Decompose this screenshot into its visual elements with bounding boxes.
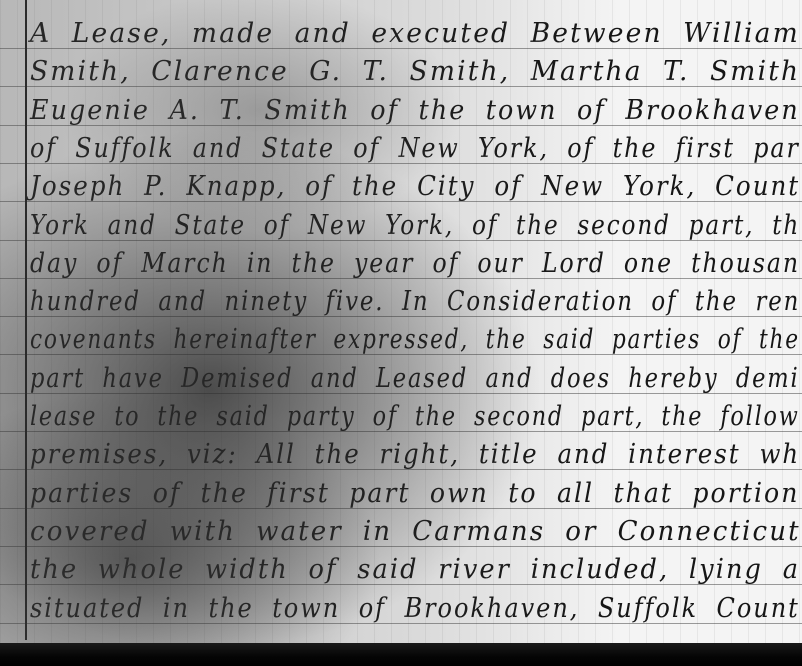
text-line: covenants hereinafter expressed, the sai… xyxy=(30,324,800,355)
text-line: York and State of New York, of the secon… xyxy=(30,210,800,241)
text-line: part have Demised and Leased and does he… xyxy=(30,363,800,394)
text-line: Joseph P. Knapp, of the City of New York… xyxy=(30,171,800,202)
text-line: A Lease, made and executed Between Willi… xyxy=(30,18,800,49)
text-line: premises, viz: All the right, title and … xyxy=(30,439,800,470)
text-line: Smith, Clarence G. T. Smith, Martha T. S… xyxy=(30,56,800,87)
text-line: covered with water in Carmans or Connect… xyxy=(30,516,801,547)
margin-line xyxy=(25,0,27,640)
text-line: Eugenie A. T. Smith of the town of Brook… xyxy=(30,95,800,126)
text-line: hundred and ninety five. In Consideratio… xyxy=(30,286,800,317)
text-line: lease to the said party of the second pa… xyxy=(30,401,800,432)
text-line: situated in the town of Brookhaven, Suff… xyxy=(30,593,800,624)
scanned-document-page: A Lease, made and executed Between Willi… xyxy=(0,0,802,666)
text-line: of Suffolk and State of New York, of the… xyxy=(30,133,800,164)
text-line: parties of the first part own to all tha… xyxy=(30,478,799,509)
scan-bottom-edge xyxy=(0,643,802,666)
text-line: day of March in the year of our Lord one… xyxy=(30,248,800,279)
text-line: the whole width of said river included, … xyxy=(30,554,800,585)
